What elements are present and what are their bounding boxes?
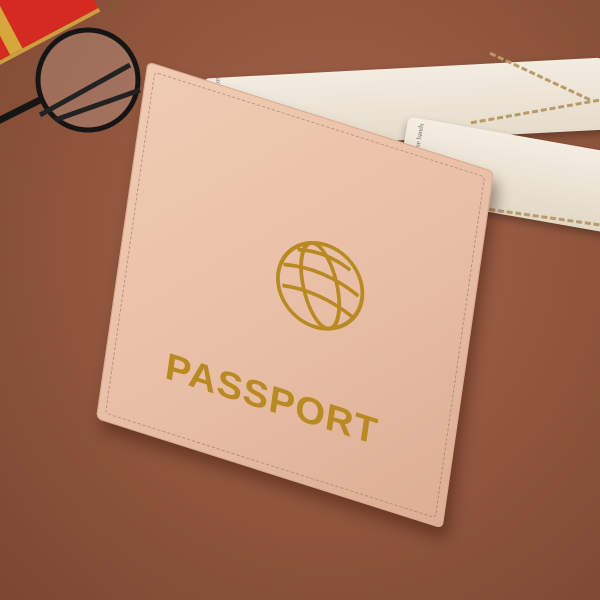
product-photo: there were make out lost of a cash conve… [0,0,600,600]
